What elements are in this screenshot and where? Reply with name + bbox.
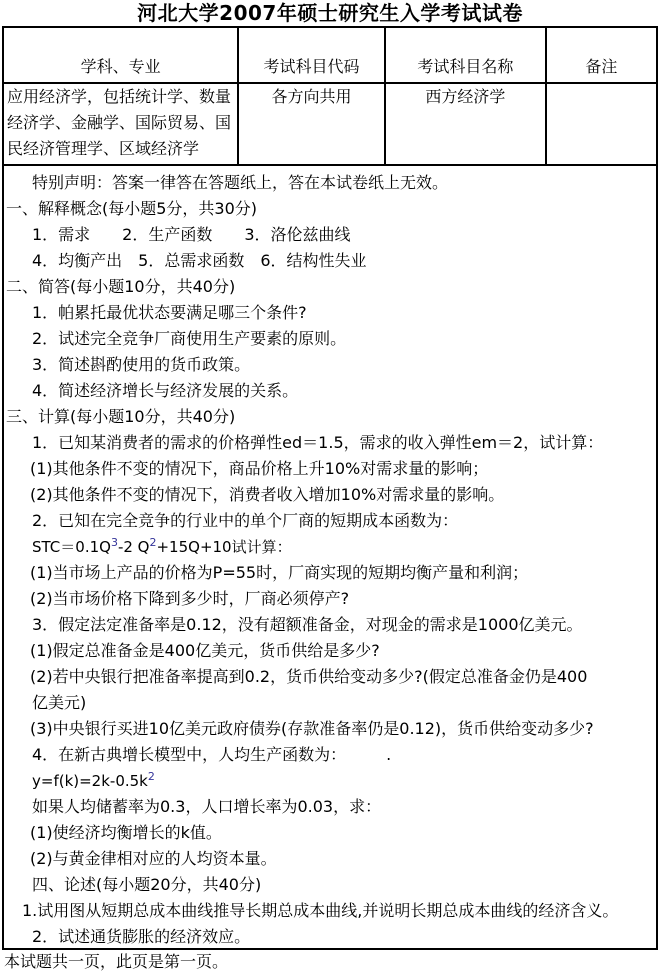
exam-line: 3．假定法定准备率是0.12，没有超额准备金，对现金的需求是1000亿美元。: [4, 612, 656, 638]
exam-line: 1．需求 2．生产函数 3．洛伦兹曲线: [4, 222, 656, 248]
exam-line: 2．已知在完全竞争的行业中的单个厂商的短期成本函数为：: [4, 508, 656, 534]
exam-line: 如果人均储蓄率为0.3，人口增长率为0.03，求：: [4, 794, 656, 820]
exam-line: 四、论述(每小题20分，共40分): [4, 872, 656, 898]
exam-line: (1)假定总准备金是400亿美元，货币供给是多少?: [4, 638, 656, 664]
exam-info-table: 学科、专业 考试科目代码 考试科目名称 备注 应用经济学，包括统计学、数量经济学…: [4, 28, 656, 166]
cell-exam-subject-code: 各方向共用: [238, 83, 385, 165]
formula-text: y=f(k)=2k-0.5k: [32, 772, 148, 790]
table-header-row: 学科、专业 考试科目代码 考试科目名称 备注: [4, 28, 656, 83]
exam-line: 二、简答(每小题10分，共40分): [4, 274, 656, 300]
formula-text: -2 Q: [118, 538, 150, 556]
header-subject-major: 学科、专业: [4, 28, 238, 83]
cell-remarks: [546, 83, 656, 165]
exam-paper-page: 河北大学2007年硕士研究生入学考试试卷 学科、专业 考试科目代码 考试科目名称…: [0, 0, 660, 974]
exam-line: (2)其他条件不变的情况下，消费者收入增加10%对需求量的影响。: [4, 482, 656, 508]
exam-line: (1)其他条件不变的情况下，商品价格上升10%对需求量的影响；: [4, 456, 656, 482]
exam-line: 三、计算(每小题10分，共40分): [4, 404, 656, 430]
exam-line: 亿美元): [4, 690, 656, 716]
header-remarks: 备注: [546, 28, 656, 83]
formula-text: +15Q+10试计算：: [156, 538, 291, 556]
exam-line: (2)若中央银行把准备率提高到0.2，货币供给变动多少?(假定总准备金仍是400: [4, 664, 656, 690]
exam-line: (2)当市场价格下降到多少时，厂商必须停产?: [4, 586, 656, 612]
exam-line: (1)使经济均衡增长的k值。: [4, 820, 656, 846]
header-exam-subject-code: 考试科目代码: [238, 28, 385, 83]
exam-line: (2)与黄金律相对应的人均资本量。: [4, 846, 656, 872]
superscript-exponent: 3: [111, 536, 118, 549]
page-footer-note: 本试题共一页，此页是第一页。: [2, 950, 658, 974]
exam-line: 4．简述经济增长与经济发展的关系。: [4, 378, 656, 404]
page-title: 河北大学2007年硕士研究生入学考试试卷: [2, 0, 658, 26]
superscript-exponent: 2: [148, 770, 155, 783]
cell-exam-subject-name: 西方经济学: [385, 83, 546, 165]
exam-line: y=f(k)=2k-0.5k2: [4, 768, 656, 794]
cell-subject-major: 应用经济学，包括统计学、数量经济学、金融学、国际贸易、国民经济管理学、区域经济学: [4, 83, 238, 165]
exam-line: 3．简述斟酌使用的货币政策。: [4, 352, 656, 378]
exam-line: 2．试述完全竞争厂商使用生产要素的原则。: [4, 326, 656, 352]
exam-line: 4．在新古典增长模型中，人均生产函数为： .: [4, 742, 656, 768]
exam-line: 一、解释概念(每小题5分，共30分): [4, 196, 656, 222]
formula-text: STC＝0.1Q: [32, 538, 111, 556]
exam-line: 1．帕累托最优状态要满足哪三个条件?: [4, 300, 656, 326]
exam-line: (3)中央银行买进10亿美元政府债券(存款准备率仍是0.12)，货币供给变动多少…: [4, 716, 656, 742]
exam-line: 2．试述通货膨胀的经济效应。: [4, 924, 656, 950]
exam-line: 1．已知某消费者的需求的价格弹性ed＝1.5，需求的收入弹性em＝2，试计算：: [4, 430, 656, 456]
exam-line: 1.试用图从短期总成本曲线推导长期总成本曲线,并说明长期总成本曲线的经济含义。: [4, 898, 656, 924]
table-data-row: 应用经济学，包括统计学、数量经济学、金融学、国际贸易、国民经济管理学、区域经济学…: [4, 83, 656, 165]
header-exam-subject-name: 考试科目名称: [385, 28, 546, 83]
exam-line: 特别声明：答案一律答在答题纸上，答在本试卷纸上无效。: [4, 170, 656, 196]
exam-line: 4．均衡产出 5．总需求函数 6．结构性失业: [4, 248, 656, 274]
exam-body: 特别声明：答案一律答在答题纸上，答在本试卷纸上无效。一、解释概念(每小题5分，共…: [4, 166, 656, 950]
exam-line: STC＝0.1Q3-2 Q2+15Q+10试计算：: [4, 534, 656, 560]
exam-paper-frame: 学科、专业 考试科目代码 考试科目名称 备注 应用经济学，包括统计学、数量经济学…: [2, 26, 658, 950]
exam-line: (1)当市场上产品的价格为P=55时，厂商实现的短期均衡产量和利润；: [4, 560, 656, 586]
